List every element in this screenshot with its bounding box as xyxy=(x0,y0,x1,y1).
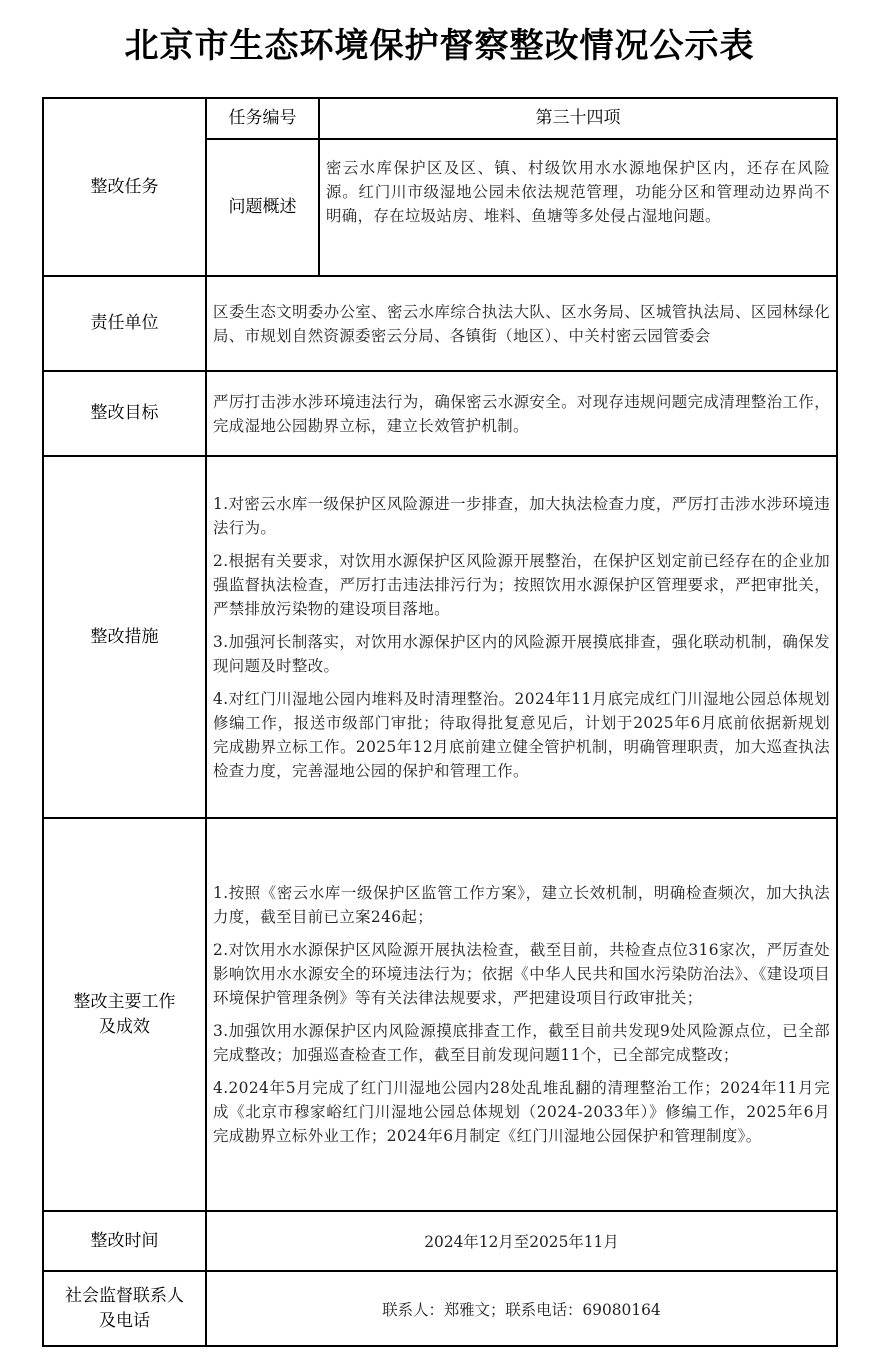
task-label: 整改任务 xyxy=(43,98,206,276)
result-item: 4.2024年5月完成了红门川湿地公园内28处乱堆乱翻的清理整治工作；2024年… xyxy=(213,1076,830,1148)
problem-summary-label: 问题概述 xyxy=(206,139,319,276)
contact-value: 联系人：郑雅文；联系电话：69080164 xyxy=(206,1271,837,1346)
contact-label: 社会监督联系人 及电话 xyxy=(43,1271,206,1346)
time-value: 2024年12月至2025年11月 xyxy=(206,1211,837,1271)
goal-row: 整改目标 严厉打击涉水涉环境违法行为，确保密云水源安全。对现存违规问题完成清理整… xyxy=(43,371,837,456)
goal-text: 严厉打击涉水涉环境违法行为，确保密云水源安全。对现存违规问题完成清理整治工作，完… xyxy=(206,371,837,456)
contact-label-line2: 及电话 xyxy=(44,1309,205,1334)
results-label-line2: 及成效 xyxy=(44,1015,205,1040)
time-label: 整改时间 xyxy=(43,1211,206,1271)
responsible-row: 责任单位 区委生态文明委办公室、密云水库综合执法大队、区水务局、区城管执法局、区… xyxy=(43,276,837,371)
result-item: 3.加强饮用水源保护区内风险源摸底排查工作，截至目前共发现9处风险源点位，已全部… xyxy=(213,1019,830,1067)
results-label: 整改主要工作 及成效 xyxy=(43,818,206,1211)
goal-label: 整改目标 xyxy=(43,371,206,456)
page-title: 北京市生态环境保护督察整改情况公示表 xyxy=(0,22,879,70)
task-number-row: 整改任务 任务编号 第三十四项 xyxy=(43,98,837,139)
problem-summary-text: 密云水库保护区及区、镇、村级饮用水水源地保护区内，还存在风险源。红门川市级湿地公… xyxy=(319,139,837,276)
responsible-label: 责任单位 xyxy=(43,276,206,371)
measure-item: 2.根据有关要求，对饮用水源保护区风险源开展整治，在保护区划定前已经存在的企业加… xyxy=(213,549,830,621)
responsible-text: 区委生态文明委办公室、密云水库综合执法大队、区水务局、区城管执法局、区园林绿化局… xyxy=(206,276,837,371)
rectification-table: 整改任务 任务编号 第三十四项 问题概述 密云水库保护区及区、镇、村级饮用水水源… xyxy=(42,97,838,1347)
measure-item: 1.对密云水库一级保护区风险源进一步排查，加大执法检查力度，严厉打击涉水涉环境违… xyxy=(213,492,830,540)
measure-item: 4.对红门川湿地公园内堆料及时清理整治。2024年11月底完成红门川湿地公园总体… xyxy=(213,687,830,783)
time-row: 整改时间 2024年12月至2025年11月 xyxy=(43,1211,837,1271)
contact-row: 社会监督联系人 及电话 联系人：郑雅文；联系电话：69080164 xyxy=(43,1271,837,1346)
results-list: 1.按照《密云水库一级保护区监管工作方案》，建立长效机制，明确检查频次，加大执法… xyxy=(206,818,837,1211)
measures-list: 1.对密云水库一级保护区风险源进一步排查，加大执法检查力度，严厉打击涉水涉环境违… xyxy=(206,456,837,818)
measure-item: 3.加强河长制落实，对饮用水源保护区内的风险源开展摸底排查，强化联动机制，确保发… xyxy=(213,630,830,678)
task-number-value: 第三十四项 xyxy=(319,98,837,139)
result-item: 2.对饮用水水源保护区风险源开展执法检查，截至目前，共检查点位316家次，严厉查… xyxy=(213,938,830,1010)
results-row: 整改主要工作 及成效 1.按照《密云水库一级保护区监管工作方案》，建立长效机制，… xyxy=(43,818,837,1211)
task-number-label: 任务编号 xyxy=(206,98,319,139)
contact-label-line1: 社会监督联系人 xyxy=(44,1284,205,1309)
result-item: 1.按照《密云水库一级保护区监管工作方案》，建立长效机制，明确检查频次，加大执法… xyxy=(213,881,830,929)
measures-label: 整改措施 xyxy=(43,456,206,818)
measures-row: 整改措施 1.对密云水库一级保护区风险源进一步排查，加大执法检查力度，严厉打击涉… xyxy=(43,456,837,818)
results-label-line1: 整改主要工作 xyxy=(44,990,205,1015)
